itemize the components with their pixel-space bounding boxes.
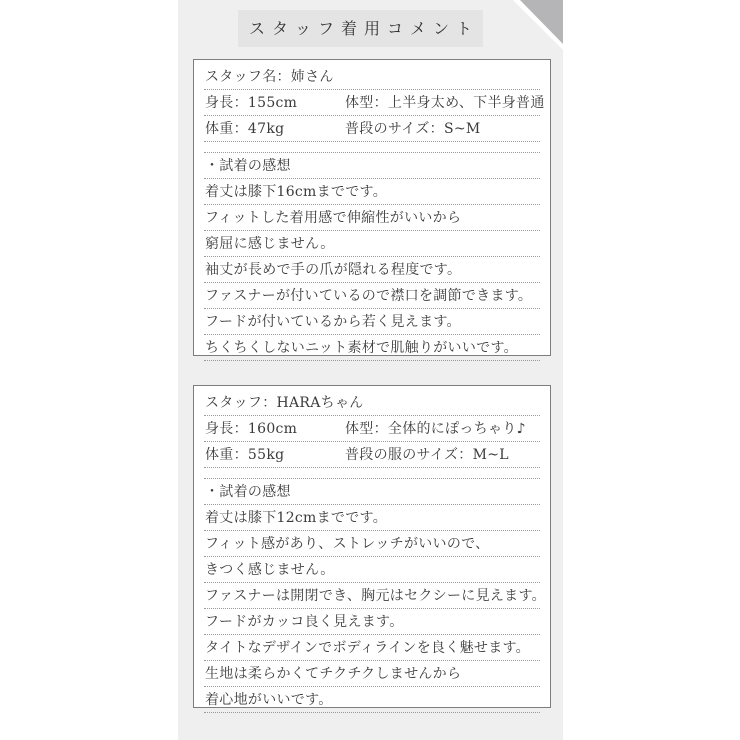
stat-usual-size: 普段のサイズ：S~M [345, 122, 539, 137]
comment-line: フィット感があり、ストレッチがいいので、 [204, 531, 540, 557]
comment-line: タイトなデザインでボディラインを良く魅せます。 [204, 635, 540, 661]
comment-line: ファスナーが付いているので襟口を調節できます。 [204, 283, 540, 309]
comment-line: 窮屈に感じません。 [204, 231, 540, 257]
stat-row-weight: 体重：55kg 普段の服のサイズ：M~L [204, 442, 540, 468]
spacer-row [204, 142, 540, 153]
stat-row-height: 身長：160cm 体型：全体的にぽっちゃり♪ [204, 416, 540, 442]
staff-name-row: スタッフ：HARAちゃん [204, 390, 540, 416]
stat-height: 身長：155cm [205, 96, 345, 111]
comment-line: 着丈は膝下12cmまでです。 [204, 505, 540, 531]
stat-row-height: 身長：155cm 体型：上半身太め、下半身普通 [204, 90, 540, 116]
stat-usual-size: 普段の服のサイズ：M~L [345, 448, 539, 463]
staff-card-1: スタッフ名：姉さん 身長：155cm 体型：上半身太め、下半身普通 体重：47k… [193, 59, 551, 356]
stat-weight: 体重：47kg [205, 122, 345, 137]
comment-line: きつく感じません。 [204, 557, 540, 583]
comment-line: 着丈は膝下16cmまでです。 [204, 179, 540, 205]
comment-line: ちくちくしないニット素材で肌触りがいいです。 [204, 335, 540, 361]
stat-bodytype: 体型：全体的にぽっちゃり♪ [345, 422, 539, 437]
comment-line: フードが付いているから若く見えます。 [204, 309, 540, 335]
comments-heading: ・試着の感想 [204, 479, 540, 505]
comment-line: フードがカッコ良く見えます。 [204, 609, 540, 635]
stat-height: 身長：160cm [205, 422, 345, 437]
spacer-row [204, 468, 540, 479]
comment-line: フィットした着用感で伸縮性がいいから [204, 205, 540, 231]
staff-card-2: スタッフ：HARAちゃん 身長：160cm 体型：全体的にぽっちゃり♪ 体重：5… [193, 385, 551, 708]
stat-bodytype: 体型：上半身太め、下半身普通 [345, 96, 545, 111]
comment-line: 着心地がいいです。 [204, 687, 540, 713]
staff-name-row: スタッフ名：姉さん [204, 64, 540, 90]
stat-weight: 体重：55kg [205, 448, 345, 463]
staff-comment-banner: スタッフ着用コメント スタッフ名：姉さん 身長：155cm 体型：上半身太め、下… [0, 0, 740, 740]
section-title: スタッフ着用コメント [238, 10, 483, 47]
stat-row-weight: 体重：47kg 普段のサイズ：S~M [204, 116, 540, 142]
comment-line: ファスナーは開閉でき、胸元はセクシーに見えます。 [204, 583, 540, 609]
comment-line: 袖丈が長めで手の爪が隠れる程度です。 [204, 257, 540, 283]
comments-heading: ・試着の感想 [204, 153, 540, 179]
comment-line: 生地は柔らかくてチクチクしませんから [204, 661, 540, 687]
